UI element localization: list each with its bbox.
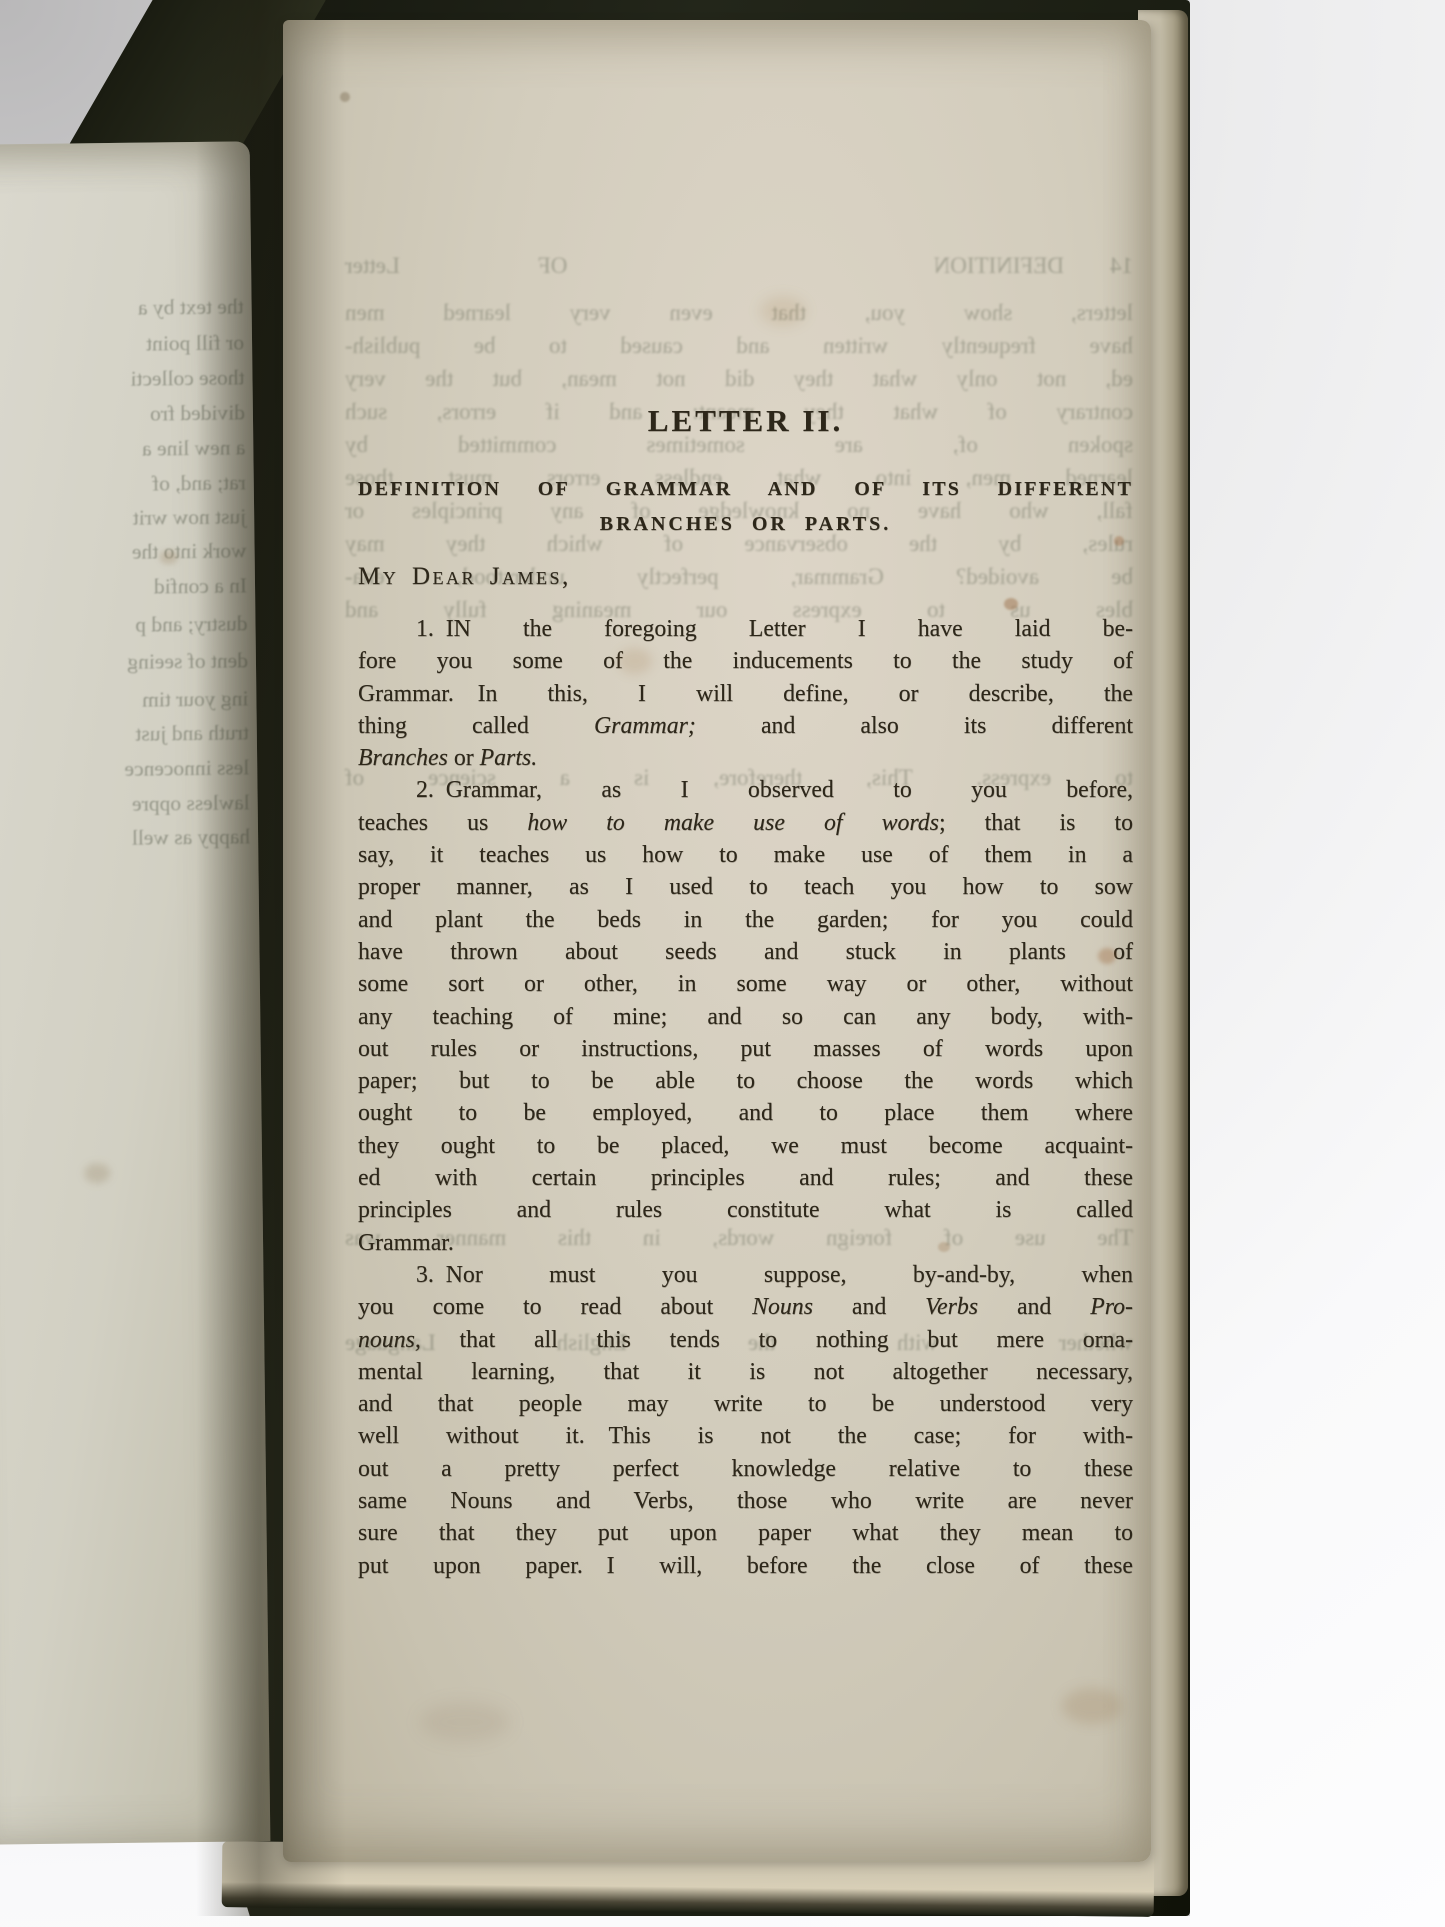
bleed-line: or fill point [146,329,244,356]
body-paragraph: 1. IN the foregoing Letter I have laid b… [358,613,1133,774]
bleed-line: dent of seeing [127,647,248,674]
text-line: you come to read about Nouns and Verbs a… [358,1291,1133,1323]
bleed-line: those collecti [130,364,244,391]
bleed-line: the text by a [138,293,244,320]
text-line: Branches or Parts. [358,742,1133,774]
right-page: 14 DEFINITION OF Letterletters, show you… [283,20,1151,1862]
text-line: have thrown about seeds and stuck in pla… [358,936,1133,968]
text-line: and plant the beds in the garden; for yo… [358,904,1133,936]
text-line: nouns, that all this tends to nothing bu… [358,1324,1133,1356]
text-line: paper; but to be able to choose the word… [358,1065,1133,1097]
bleed-line: work into the [132,537,247,564]
text-line: ed with certain principles and rules; an… [358,1162,1133,1194]
text-line: 3. Nor must you suppose, by-and-by, when [358,1259,1133,1291]
text-line: any teaching of mine; and so can any bod… [358,1001,1133,1033]
text-line: out rules or instructions, put masses of… [358,1033,1133,1065]
bleed-line: ing your tim [142,685,249,712]
text-line: ought to be employed, and to place them … [358,1097,1133,1129]
text-line: teaches us how to make use of words; tha… [358,807,1133,839]
text-line: well without it. This is not the case; f… [358,1420,1133,1452]
bleed-line: truth and just [135,719,249,746]
text-line: put upon paper. I will, before the close… [358,1550,1133,1582]
text-line: Grammar. [358,1227,1133,1259]
bleed-line: rat; and, of [152,469,246,496]
text-line: some sort or other, in some way or other… [358,968,1133,1000]
text-line: out a pretty perfect knowledge relative … [358,1453,1133,1485]
salutation: My Dear James, [358,560,1133,594]
text-line: they ought to be placed, we must become … [358,1130,1133,1162]
text-line: mental learning, that it is not altogeth… [358,1356,1133,1388]
book-photograph: the text by aor fill pointthose collecti… [0,0,1445,1927]
printed-text-column: LETTER II. DEFINITION OF GRAMMAR AND OF … [358,20,1133,1582]
body-paragraph: 2. Grammar, as I observed to you before,… [358,774,1133,1258]
bleed-line: In a confid [154,572,247,599]
text-line: Grammar. In this, I will define, or desc… [358,678,1133,710]
foxing-spot [84,1163,110,1183]
bleed-line: less innocence [124,754,249,782]
bleed-line: dustry; and p [135,610,248,637]
left-page: the text by aor fill pointthose collecti… [0,141,270,1844]
bleed-line: a new line a [142,434,246,461]
chapter-heading-line-2: BRANCHES OR PARTS. [358,511,1133,538]
chapter-heading-line-1: DEFINITION OF GRAMMAR AND OF ITS DIFFERE… [358,476,1133,503]
text-line: thing called Grammar; and also its diffe… [358,710,1133,742]
text-line: say, it teaches us how to make use of th… [358,839,1133,871]
bleed-line: lawless oppre [132,789,250,816]
text-line: and that people may write to be understo… [358,1388,1133,1420]
bleed-line: just now writ [133,503,247,530]
bleed-line: divided fro [150,399,245,426]
letter-body: 1. IN the foregoing Letter I have laid b… [358,613,1133,1582]
text-line: fore you some of the inducements to the … [358,645,1133,677]
left-page-bleed-through-text: the text by aor fill pointthose collecti… [27,141,254,1094]
text-line: same Nouns and Verbs, those who write ar… [358,1485,1133,1517]
text-line: sure that they put upon paper what they … [358,1517,1133,1549]
bleed-line: happy as well [132,823,251,850]
text-line: proper manner, as I used to teach you ho… [358,871,1133,903]
body-paragraph: 3. Nor must you suppose, by-and-by, when… [358,1259,1133,1582]
letter-title: LETTER II. [358,401,1133,441]
text-line: 2. Grammar, as I observed to you before, [358,774,1133,806]
text-line: principles and rules constitute what is … [358,1194,1133,1226]
text-line: 1. IN the foregoing Letter I have laid b… [358,613,1133,645]
